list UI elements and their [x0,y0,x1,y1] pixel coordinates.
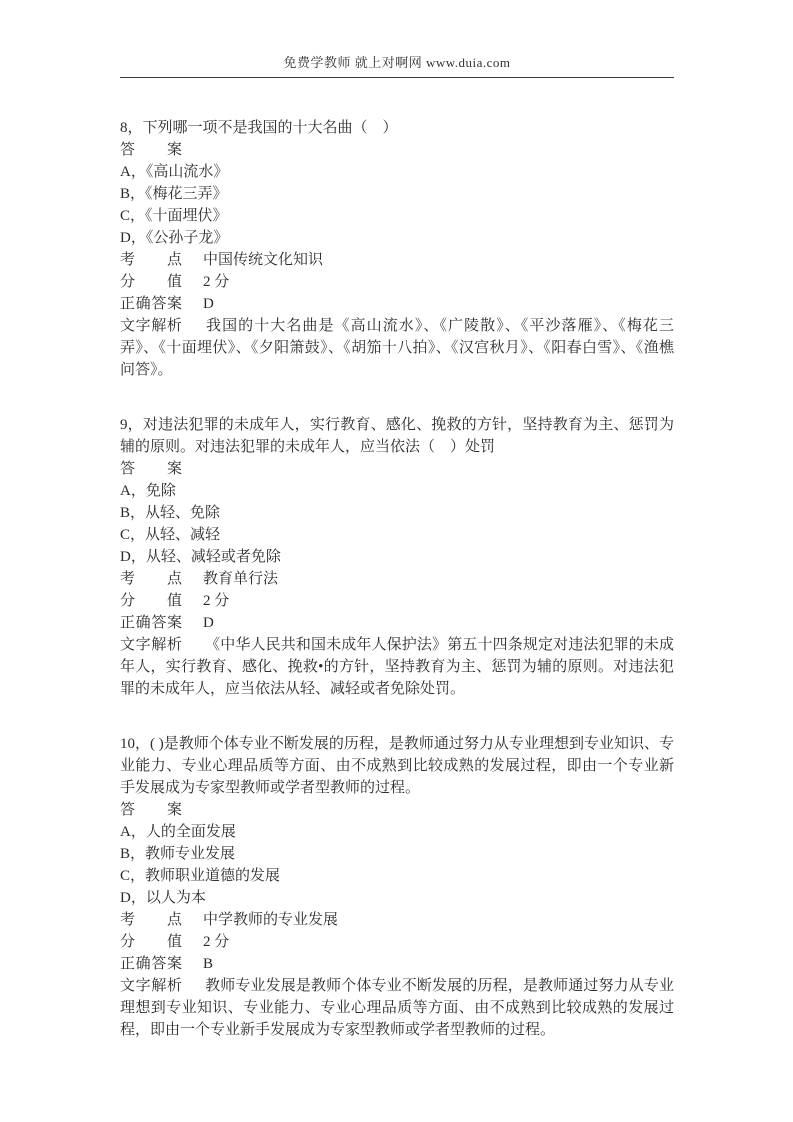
score-row: 分 值2 分 [120,271,674,293]
correct-answer-row: 正确答案D [120,293,674,315]
document-page: 免费学教师 就上对啊网 www.duia.com 8，下列哪一项不是我国的十大名… [0,0,793,1122]
score-value: 2 分 [203,590,229,612]
header-title-text: 免费学教师 就上对啊网 www.duia.com [283,55,510,70]
option-c: C，教师职业道德的发展 [120,865,674,887]
answer-label: 答 案 [120,458,182,480]
questions-container: 8，下列哪一项不是我国的十大名曲（ ） 答 案 A，《高山流水》B，《梅花三弄》… [120,117,674,1041]
option-d: D，从轻、减轻或者免除 [120,546,674,568]
analysis-text: 我国的十大名曲是《高山流水》、《广陵散》、《平沙落雁》、《梅花三弄》、《十面埋伏… [120,318,674,378]
correct-answer-row: 正确答案B [120,953,674,975]
question-block: 9，对违法犯罪的未成年人，实行教育、感化、挽救的方针，坚持教育为主、惩罚为辅的原… [120,414,674,700]
option-a: A，《高山流水》 [120,161,674,183]
exam-point-value: 中学教师的专业发展 [203,909,338,931]
option-b: B，《梅花三弄》 [120,183,674,205]
analysis-label: 文字解析 [120,634,182,656]
correct-answer-row: 正确答案D [120,612,674,634]
option-d: D，以人为本 [120,887,674,909]
options-list: A，人的全面发展B，教师专业发展C，教师职业道德的发展D，以人为本 [120,821,674,909]
analysis-row: 文字解析《中华人民共和国未成年人保护法》第五十四条规定对违法犯罪的未成年人，实行… [120,634,674,700]
option-c: C，从轻、减轻 [120,524,674,546]
analysis-row: 文字解析教师专业发展是教师个体专业不断发展的历程，是教师通过努力从专业理想到专业… [120,975,674,1041]
analysis-label: 文字解析 [120,315,182,337]
correct-answer-label: 正确答案 [120,293,182,315]
answer-label-row: 答 案 [120,799,674,821]
question-block: 10，( )是教师个体专业不断发展的历程，是教师通过努力从专业理想到专业知识、专… [120,733,674,1041]
answer-label-row: 答 案 [120,139,674,161]
exam-point-row: 考 点中国传统文化知识 [120,249,674,271]
page-header: 免费学教师 就上对啊网 www.duia.com [120,54,674,72]
exam-point-label: 考 点 [120,568,182,590]
analysis-text: 教师专业发展是教师个体专业不断发展的历程，是教师通过努力从专业理想到专业知识、专… [120,978,674,1038]
exam-point-row: 考 点教育单行法 [120,568,674,590]
option-b: B，教师专业发展 [120,843,674,865]
score-value: 2 分 [203,931,229,953]
answer-label: 答 案 [120,799,182,821]
correct-answer-value: D [203,612,214,634]
correct-answer-label: 正确答案 [120,953,182,975]
answer-label-row: 答 案 [120,458,674,480]
score-label: 分 值 [120,590,182,612]
option-b: B，从轻、免除 [120,502,674,524]
header-rule [120,77,674,78]
correct-answer-value: B [203,953,213,975]
score-label: 分 值 [120,271,182,293]
question-stem: 9，对违法犯罪的未成年人，实行教育、感化、挽救的方针，坚持教育为主、惩罚为辅的原… [120,414,674,458]
option-d: D，《公孙子龙》 [120,227,674,249]
analysis-row: 文字解析我国的十大名曲是《高山流水》、《广陵散》、《平沙落雁》、《梅花三弄》、《… [120,315,674,381]
question-block: 8，下列哪一项不是我国的十大名曲（ ） 答 案 A，《高山流水》B，《梅花三弄》… [120,117,674,381]
exam-point-value: 中国传统文化知识 [203,249,323,271]
options-list: A，免除B，从轻、免除C，从轻、减轻D，从轻、减轻或者免除 [120,480,674,568]
option-c: C，《十面埋伏》 [120,205,674,227]
exam-point-label: 考 点 [120,909,182,931]
score-value: 2 分 [203,271,229,293]
score-row: 分 值2 分 [120,590,674,612]
answer-label: 答 案 [120,139,182,161]
question-stem: 10，( )是教师个体专业不断发展的历程，是教师通过努力从专业理想到专业知识、专… [120,733,674,799]
option-a: A，人的全面发展 [120,821,674,843]
exam-point-label: 考 点 [120,249,182,271]
exam-point-value: 教育单行法 [203,568,278,590]
options-list: A，《高山流水》B，《梅花三弄》C，《十面埋伏》D，《公孙子龙》 [120,161,674,249]
score-label: 分 值 [120,931,182,953]
correct-answer-value: D [203,293,214,315]
score-row: 分 值2 分 [120,931,674,953]
analysis-text: 《中华人民共和国未成年人保护法》第五十四条规定对违法犯罪的未成年人，实行教育、感… [120,637,674,697]
analysis-label: 文字解析 [120,975,182,997]
option-a: A，免除 [120,480,674,502]
exam-point-row: 考 点中学教师的专业发展 [120,909,674,931]
correct-answer-label: 正确答案 [120,612,182,634]
question-stem: 8，下列哪一项不是我国的十大名曲（ ） [120,117,674,139]
